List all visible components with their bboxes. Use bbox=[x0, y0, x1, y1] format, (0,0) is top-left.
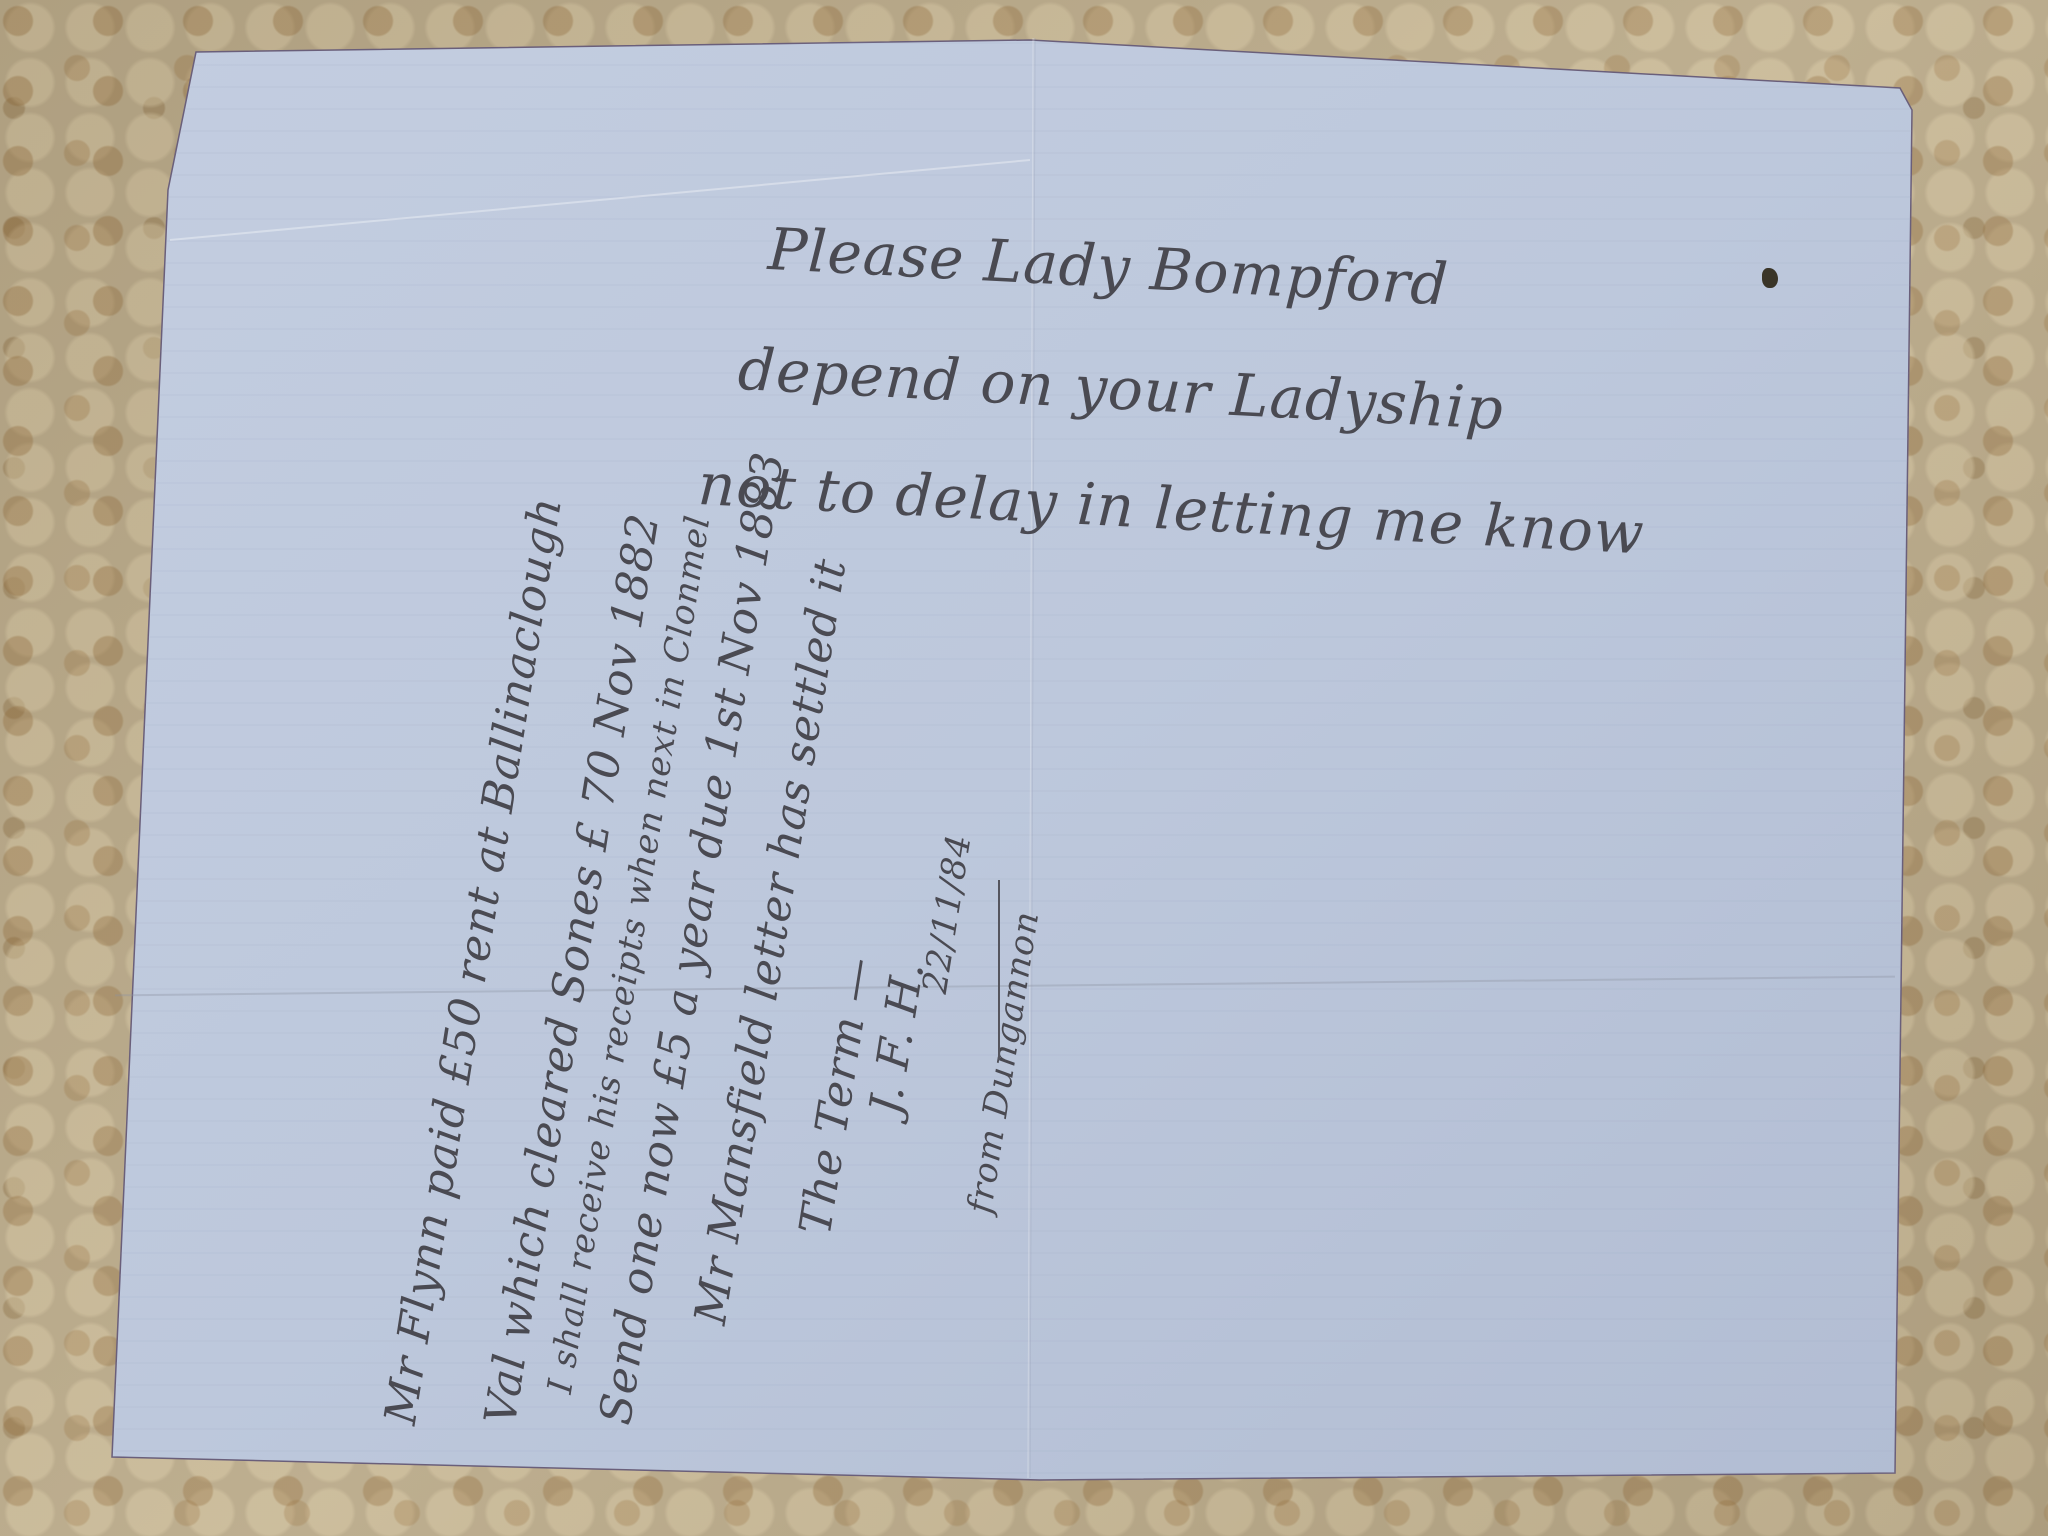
signature-underline bbox=[998, 880, 1000, 1060]
letter-paper: Please Lady Bompford depend on your Lady… bbox=[0, 0, 2048, 1536]
paper-hole bbox=[1762, 268, 1778, 288]
